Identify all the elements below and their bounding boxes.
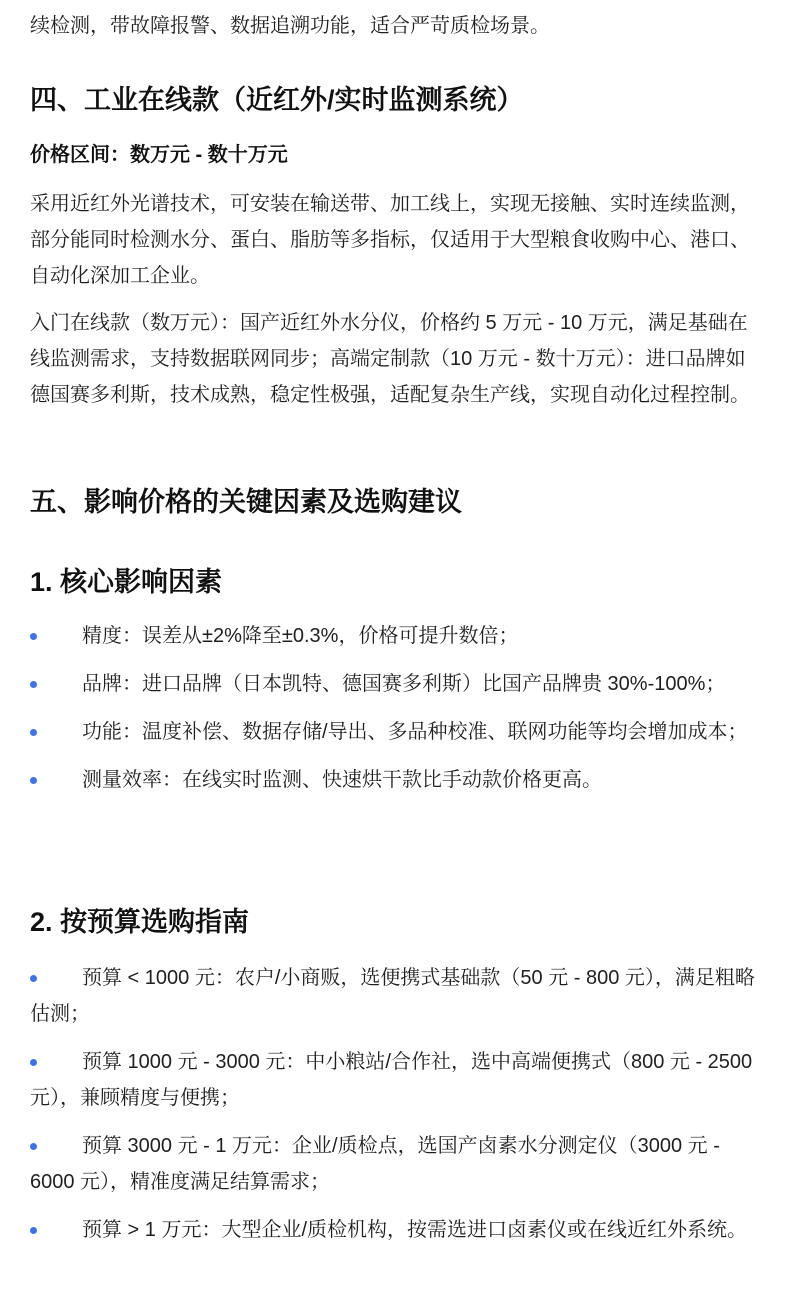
list-item: 功能：温度补偿、数据存储/导出、多品种校准、联网功能等均会增加成本； bbox=[30, 714, 765, 750]
budget-list: 预算 < 1000 元：农户/小商贩，选便携式基础款（50 元 - 800 元）… bbox=[30, 960, 765, 1248]
bullet-icon bbox=[30, 975, 37, 982]
bullet-icon bbox=[30, 681, 37, 688]
list-item: 精度：误差从±2%降至±0.3%，价格可提升数倍； bbox=[30, 618, 765, 654]
list-item: 测量效率：在线实时监测、快速烘干款比手动款价格更高。 bbox=[30, 762, 765, 798]
bullet-icon bbox=[30, 633, 37, 640]
factors-list: 精度：误差从±2%降至±0.3%，价格可提升数倍； 品牌：进口品牌（日本凯特、德… bbox=[30, 618, 765, 798]
section4-price-range: 价格区间：数万元 - 数十万元 bbox=[30, 137, 765, 173]
list-item: 预算 3000 元 - 1 万元：企业/质检点，选国产卤素水分测定仪（3000 … bbox=[30, 1128, 765, 1200]
list-item: 预算 < 1000 元：农户/小商贩，选便携式基础款（50 元 - 800 元）… bbox=[30, 960, 765, 1032]
list-item: 品牌：进口品牌（日本凯特、德国赛多利斯）比国产品牌贵 30%-100%； bbox=[30, 666, 765, 702]
bullet-icon bbox=[30, 1143, 37, 1150]
list-item: 预算 > 1 万元：大型企业/质检机构，按需选进口卤素仪或在线近红外系统。 bbox=[30, 1212, 765, 1248]
section5-heading: 五、影响价格的关键因素及选购建议 bbox=[30, 484, 765, 520]
subsection2-heading: 2. 按预算选购指南 bbox=[30, 904, 765, 940]
bullet-icon bbox=[30, 729, 37, 736]
bullet-icon bbox=[30, 1059, 37, 1066]
bullet-icon bbox=[30, 1227, 37, 1234]
section4-paragraph-2: 入门在线款（数万元）：国产近红外水分仪，价格约 5 万元 - 10 万元，满足基… bbox=[30, 305, 765, 413]
list-item: 预算 1000 元 - 3000 元：中小粮站/合作社，选中高端便携式（800 … bbox=[30, 1044, 765, 1116]
bullet-icon bbox=[30, 777, 37, 784]
intro-tail-paragraph: 续检测，带故障报警、数据追溯功能，适合严苛质检场景。 bbox=[30, 8, 765, 44]
section4-paragraph-1: 采用近红外光谱技术，可安装在输送带、加工线上，实现无接触、实时连续监测，部分能同… bbox=[30, 186, 765, 294]
subsection1-heading: 1. 核心影响因素 bbox=[30, 564, 765, 600]
section4-heading: 四、工业在线款（近红外/实时监测系统） bbox=[30, 82, 765, 118]
